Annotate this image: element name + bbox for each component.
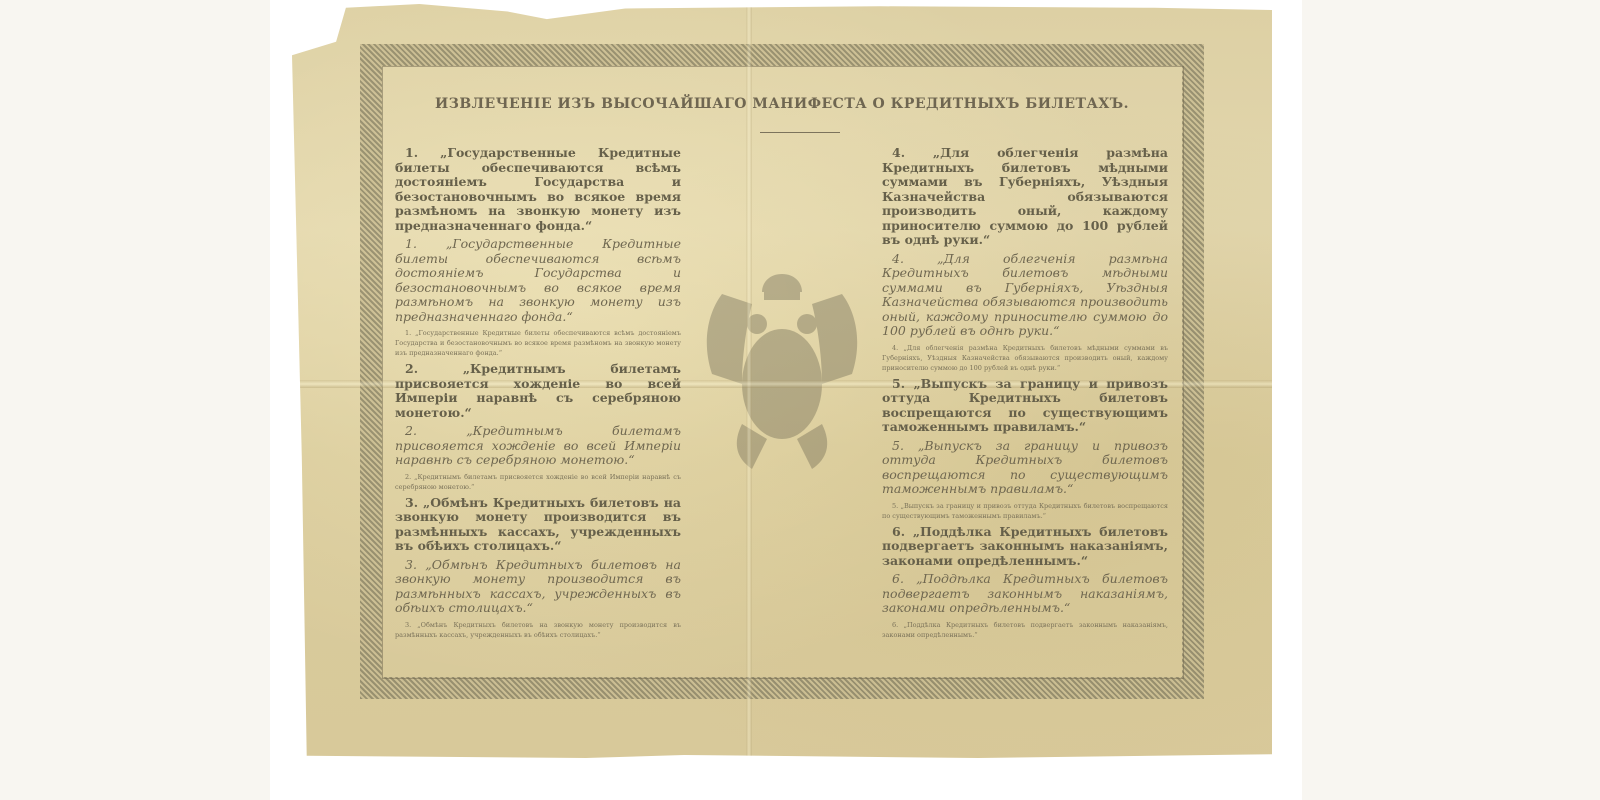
paragraph: 2. „Кредитнымъ билетамъ присвояется хожд…: [395, 362, 681, 420]
paragraph: 1. „Государственные Кредитные билеты обе…: [395, 146, 681, 233]
paragraph: 6. „Поддѣлка Кредитныхъ билетовъ подверг…: [882, 525, 1168, 569]
paragraph: 6. „Поддѣлка Кредитныхъ билетовъ подверг…: [882, 572, 1168, 616]
document-title: ИЗВЛЕЧЕНІЕ ИЗЪ ВЫСОЧАЙШАГО МАНИФЕСТА О К…: [382, 96, 1182, 112]
title-underline: [760, 132, 840, 133]
paragraph: 5. „Выпускъ за границу и привозъ оттуда …: [882, 377, 1168, 435]
paragraph: 6. „Поддѣлка Кредитныхъ билетовъ подверг…: [882, 620, 1168, 640]
paragraph: 2. „Кредитнымъ билетамъ присвояется хожд…: [395, 472, 681, 492]
paragraph: 2. „Кредитнымъ билетамъ присвояется хожд…: [395, 424, 681, 468]
paragraph: 3. „Обмѣнъ Кредитныхъ билетовъ на звонку…: [395, 558, 681, 616]
paragraph: 1. „Государственные Кредитные билеты обе…: [395, 328, 681, 358]
paragraph: 3. „Обмѣнъ Кредитныхъ билетовъ на звонку…: [395, 620, 681, 640]
paragraph: 4. „Для облегченія размѣна Кредитныхъ би…: [882, 252, 1168, 339]
paragraph: 4. „Для облегченія размѣна Кредитныхъ би…: [882, 146, 1168, 248]
paragraph: 5. „Выпускъ за границу и привозъ оттуда …: [882, 439, 1168, 497]
paragraph: 4. „Для облегченія размѣна Кредитныхъ би…: [882, 343, 1168, 373]
paragraph: 5. „Выпускъ за границу и привозъ оттуда …: [882, 501, 1168, 521]
right-column: 4. „Для облегченія размѣна Кредитныхъ би…: [882, 146, 1168, 644]
left-column: 1. „Государственные Кредитные билеты обе…: [395, 146, 681, 644]
paragraph: 1. „Государственные Кредитные билеты обе…: [395, 237, 681, 324]
paragraph: 3. „Обмѣнъ Кредитныхъ билетовъ на звонку…: [395, 496, 681, 554]
double-headed-eagle-icon: [682, 254, 882, 474]
banknote-reverse: ИЗВЛЕЧЕНІЕ ИЗЪ ВЫСОЧАЙШАГО МАНИФЕСТА О К…: [292, 4, 1272, 758]
